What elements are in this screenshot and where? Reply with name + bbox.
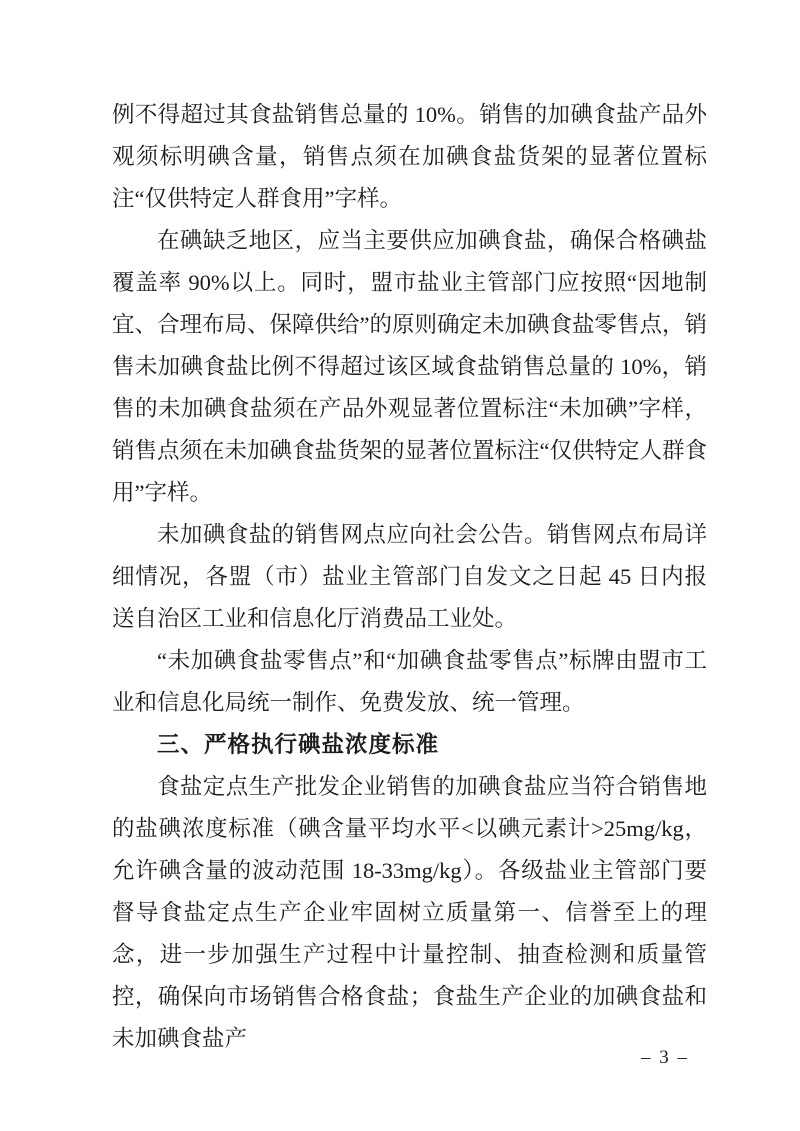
paragraph-continuation: 例不得超过其食盐销售总量的 10%。销售的加碘食盐产品外观须标明碘含量，销售点须…: [112, 94, 707, 220]
paragraph-retail-point-signage: “未加碘食盐零售点”和“加碘食盐零售点”标牌由盟市工业和信息化局统一制作、免费发…: [112, 640, 707, 724]
document-page: 例不得超过其食盐销售总量的 10%。销售的加碘食盐产品外观须标明碘含量，销售点须…: [0, 0, 800, 1131]
paragraph-sales-network-announcement: 未加碘食盐的销售网点应向社会公告。销售网点布局详细情况，各盟（市）盐业主管部门自…: [112, 514, 707, 640]
document-body: 例不得超过其食盐销售总量的 10%。销售的加碘食盐产品外观须标明碘含量，销售点须…: [112, 94, 707, 1060]
page-number: – 3 –: [641, 1046, 689, 1070]
paragraph-iodine-deficient-areas: 在碘缺乏地区，应当主要供应加碘食盐，确保合格碘盐覆盖率 90%以上。同时，盟市盐…: [112, 220, 707, 514]
section-heading-iodine-concentration: 三、严格执行碘盐浓度标准: [112, 724, 707, 766]
paragraph-concentration-standards: 食盐定点生产批发企业销售的加碘食盐应当符合销售地的盐碘浓度标准（碘含量平均水平<…: [112, 766, 707, 1060]
